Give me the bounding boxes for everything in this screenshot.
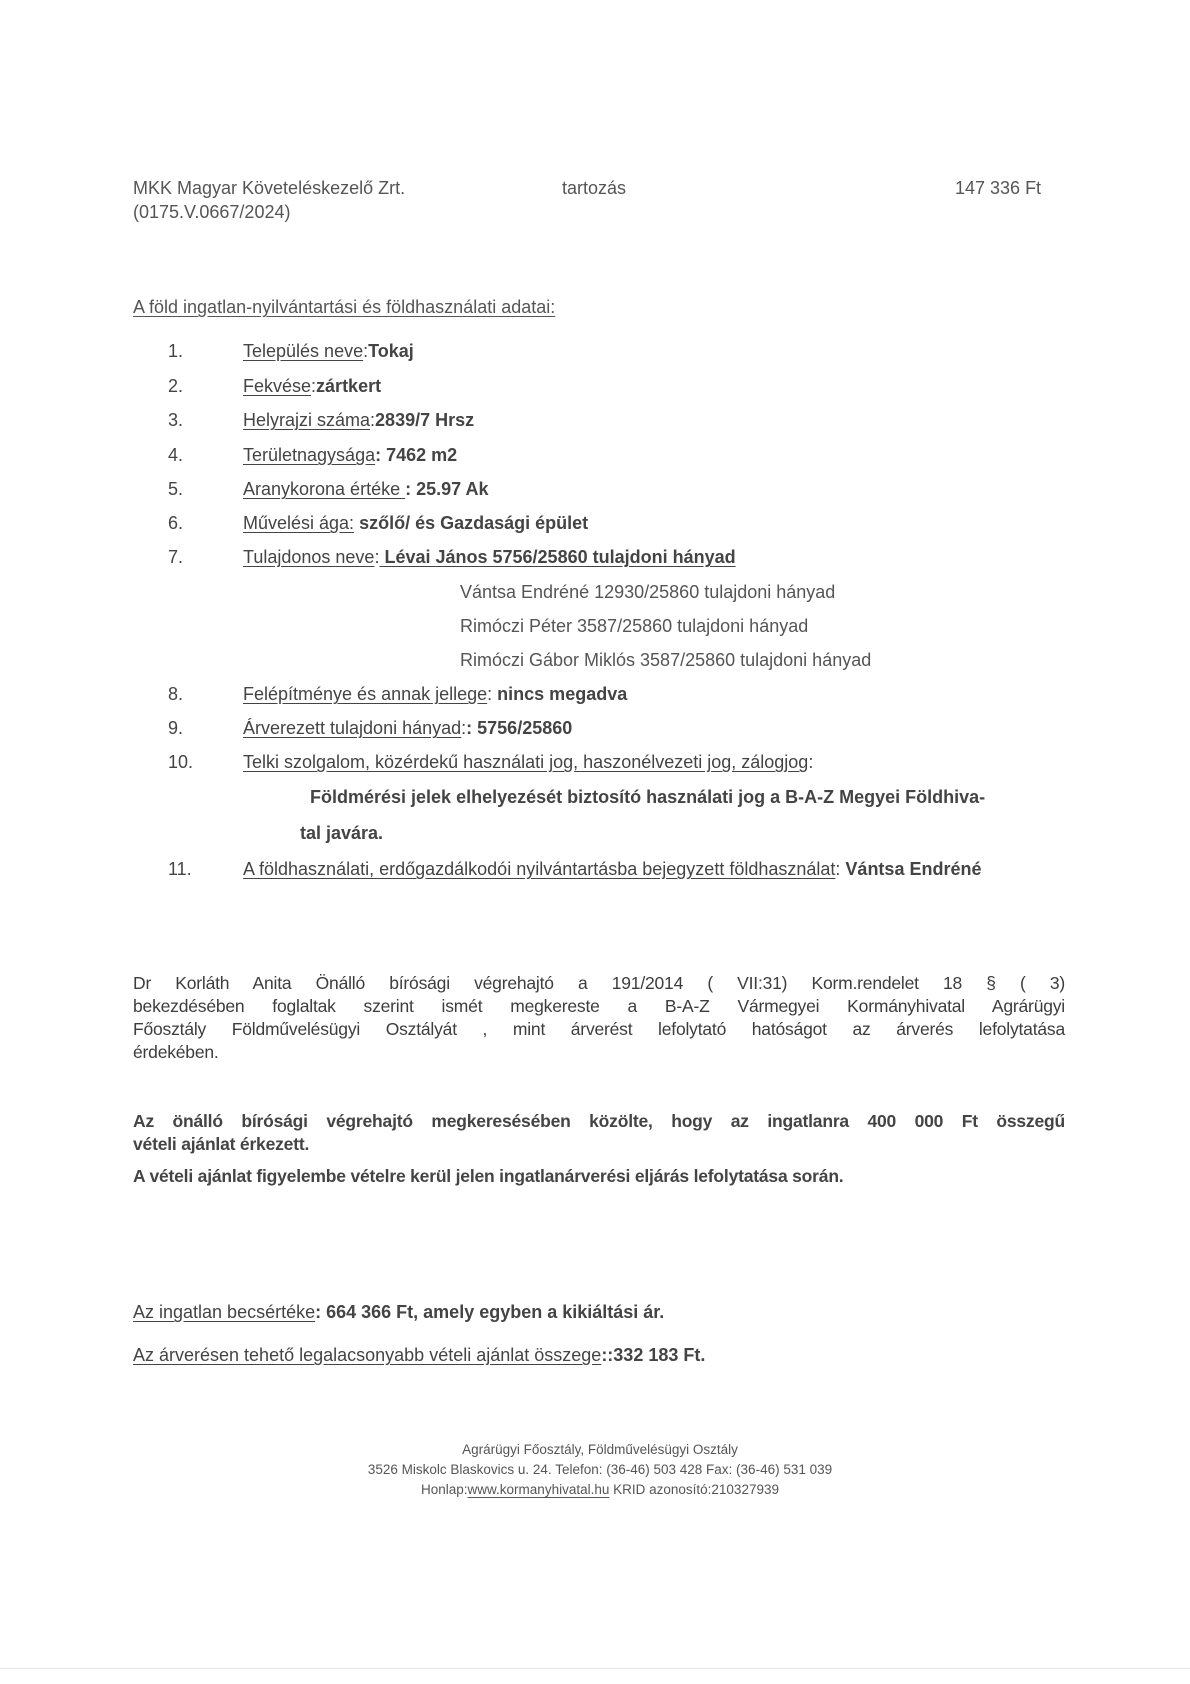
minimum-bid-label: Az árverésen tehető legalacsonyabb vétel… xyxy=(133,1345,601,1365)
item-label: Művelési ága: xyxy=(243,513,354,533)
item-number: 4. xyxy=(168,445,198,466)
footer-address: 3526 Miskolc Blaskovics u. 24. Telefon: … xyxy=(300,1460,900,1480)
item-value: szőlő/ és Gazdasági épület xyxy=(354,513,588,533)
paragraph-line: Az önálló bírósági végrehajtó megkeresés… xyxy=(133,1110,1065,1133)
item-number: 7. xyxy=(168,547,198,568)
item-value: Lévai János 5756/25860 tulajdoni hányad xyxy=(379,547,735,567)
valuation: Az ingatlan becsértéke: 664 366 Ft, amel… xyxy=(133,1302,664,1323)
item10-detail-line2: tal javára. xyxy=(300,823,383,844)
footer: Agrárügyi Főosztály, Földművelésügyi Osz… xyxy=(300,1440,900,1500)
item-number: 2. xyxy=(168,376,198,397)
paragraph-line: vételi ajánlat érkezett. xyxy=(133,1133,1065,1156)
paragraph-line: érdekében. xyxy=(133,1041,1065,1064)
item-label: Árverezett tulajdoni hányad xyxy=(243,718,461,738)
co-owner: Vántsa Endréné 12930/25860 tulajdoni hán… xyxy=(460,582,835,603)
website-link[interactable]: www.kormanyhivatal.hu xyxy=(468,1482,610,1497)
item-label: Helyrajzi száma xyxy=(243,410,370,430)
footer-web-line: Honlap:www.kormanyhivatal.hu KRID azonos… xyxy=(300,1480,900,1500)
item-number: 1. xyxy=(168,341,198,362)
item-label: Tulajdonos neve xyxy=(243,547,374,567)
item-value: 2839/7 Hrsz xyxy=(375,410,474,430)
footer-department: Agrárügyi Főosztály, Földművelésügyi Osz… xyxy=(300,1440,900,1460)
item-value: Vántsa Endréné xyxy=(840,859,981,879)
item-value: : 5756/25860 xyxy=(466,718,572,738)
offer-paragraph: Az önálló bírósági végrehajtó megkeresés… xyxy=(133,1110,1065,1156)
item-number: 3. xyxy=(168,410,198,431)
item-value: 7462 m2 xyxy=(381,445,457,465)
co-owner: Rimóczi Péter 3587/25860 tulajdoni hánya… xyxy=(460,616,808,637)
section-title: A föld ingatlan-nyilvántartási és földha… xyxy=(133,297,555,318)
paragraph-line: Dr Korláth Anita Önálló bírósági végreha… xyxy=(133,972,1065,995)
item-label: Aranykorona értéke xyxy=(243,479,405,499)
item-number: 6. xyxy=(168,513,198,534)
case-number: (0175.V.0667/2024) xyxy=(133,202,290,223)
item-number: 9. xyxy=(168,718,198,739)
item-number: 8. xyxy=(168,684,198,705)
item-label: Felépítménye és annak jellege xyxy=(243,684,487,704)
krid-id: KRID azonosító:210327939 xyxy=(609,1482,779,1497)
item-number: 10. xyxy=(168,752,198,773)
minimum-bid-value: ::332 183 Ft. xyxy=(601,1345,705,1365)
offer-consideration-paragraph: A vételi ajánlat figyelembe vételre kerü… xyxy=(133,1165,1065,1188)
paragraph-line: Főosztály Földművelésügyi Osztályát , mi… xyxy=(133,1018,1065,1041)
item-value: 25.97 Ak xyxy=(411,479,488,499)
item-label: Fekvése xyxy=(243,376,311,396)
item10-detail-line1: Földmérési jelek elhelyezését biztosító … xyxy=(310,787,985,808)
co-owner: Rimóczi Gábor Miklós 3587/25860 tulajdon… xyxy=(460,650,871,671)
creditor-name: MKK Magyar Követeléskezelő Zrt. xyxy=(133,178,405,199)
claim-type: tartozás xyxy=(562,178,626,199)
item-label: Település neve xyxy=(243,341,363,361)
item-sep: : xyxy=(808,752,813,772)
item-value: Tokaj xyxy=(368,341,414,361)
valuation-value: : 664 366 Ft, amely egyben a kikiáltási … xyxy=(315,1302,664,1322)
item-label: Telki szolgalom, közérdekű használati jo… xyxy=(243,752,808,772)
item-number: 5. xyxy=(168,479,198,500)
minimum-bid: Az árverésen tehető legalacsonyabb vétel… xyxy=(133,1345,705,1366)
item-label: Területnagysága xyxy=(243,445,375,465)
paragraph-line: bekezdésében foglaltak szerint ismét meg… xyxy=(133,995,1065,1018)
item-value: nincs megadva xyxy=(492,684,627,704)
page-edge-divider xyxy=(0,1668,1190,1669)
website-prefix: Honlap: xyxy=(421,1482,468,1497)
claim-amount: 147 336 Ft xyxy=(955,178,1041,199)
item-value: zártkert xyxy=(316,376,381,396)
enforcement-request-paragraph: Dr Korláth Anita Önálló bírósági végreha… xyxy=(133,972,1065,1064)
valuation-label: Az ingatlan becsértéke xyxy=(133,1302,315,1322)
item-label: A földhasználati, erdőgazdálkodói nyilvá… xyxy=(243,859,835,879)
item-number: 11. xyxy=(168,859,198,880)
